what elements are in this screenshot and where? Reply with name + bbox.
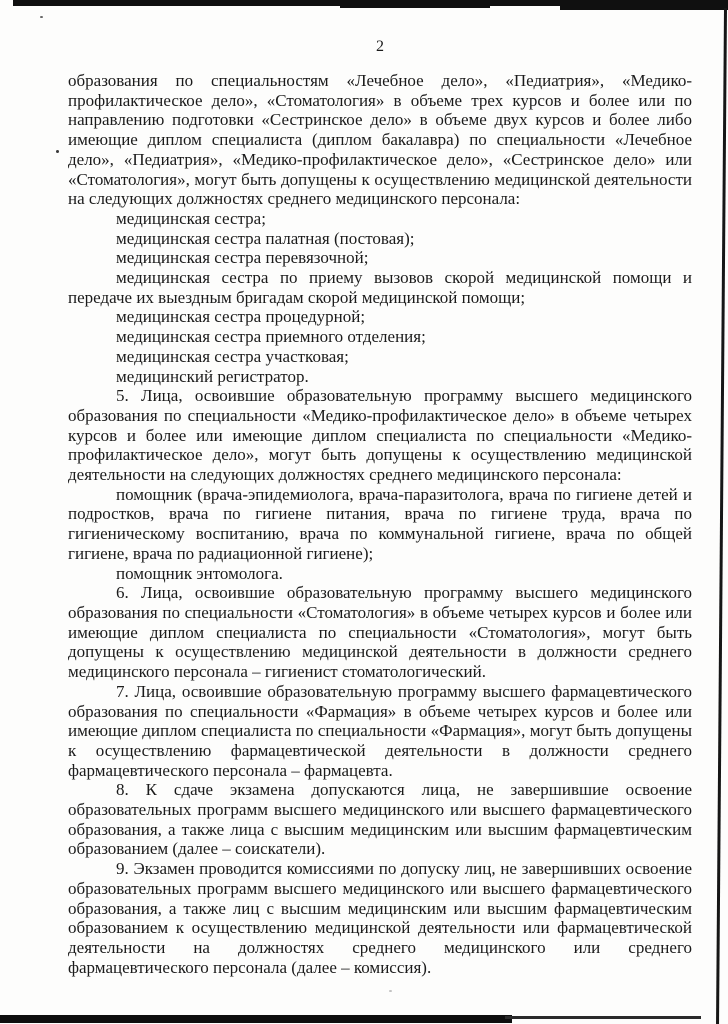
scanned-document-page: 2 образования по специальностям «Лечебно… — [0, 0, 728, 1024]
paragraph-item-6: 6. Лица, освоившие образовательную прогр… — [68, 583, 692, 682]
page-number: 2 — [68, 38, 692, 56]
list-item-entomologist-assistant: помощник энтомолога. — [68, 564, 692, 584]
list-item-ambulance-call-nurse: медицинская сестра по приему вызовов ско… — [68, 268, 692, 307]
list-item-ward-nurse: медицинская сестра палатная (постовая); — [68, 229, 692, 249]
scan-speck — [40, 16, 43, 18]
paragraph-item-5: 5. Лица, освоившие образовательную прогр… — [68, 386, 692, 485]
scan-artifact-top-bar-right — [560, 0, 728, 10]
list-item-admission-nurse: медицинская сестра приемного отделения; — [68, 327, 692, 347]
scan-artifact-bottom-bar — [0, 1015, 512, 1023]
list-item-physician-assistant: помощник (врача-эпидемиолога, врача-пара… — [68, 485, 692, 564]
paragraph-item-7: 7. Лица, освоившие образовательную прогр… — [68, 682, 692, 781]
scan-speck — [389, 990, 392, 992]
list-item-district-nurse: медицинская сестра участковая; — [68, 347, 692, 367]
scan-speck — [56, 150, 59, 153]
paragraph-item-9: 9. Экзамен проводится комиссиями по допу… — [68, 859, 692, 977]
list-item-nurse: медицинская сестра; — [68, 209, 692, 229]
scan-artifact-top-bar-mid — [340, 0, 490, 8]
scan-artifact-bottom-bar-thin — [505, 1016, 701, 1019]
paragraph-continuation: образования по специальностям «Лечебное … — [68, 71, 692, 209]
paragraph-item-8: 8. К сдаче экзамена допускаются лица, не… — [68, 780, 692, 859]
list-item-medical-registrar: медицинский регистратор. — [68, 367, 692, 387]
list-item-dressing-nurse: медицинская сестра перевязочной; — [68, 248, 692, 268]
document-body: образования по специальностям «Лечебное … — [68, 71, 692, 977]
scan-artifact-right-edge-line — [716, 8, 726, 1024]
list-item-procedure-nurse: медицинская сестра процедурной; — [68, 307, 692, 327]
